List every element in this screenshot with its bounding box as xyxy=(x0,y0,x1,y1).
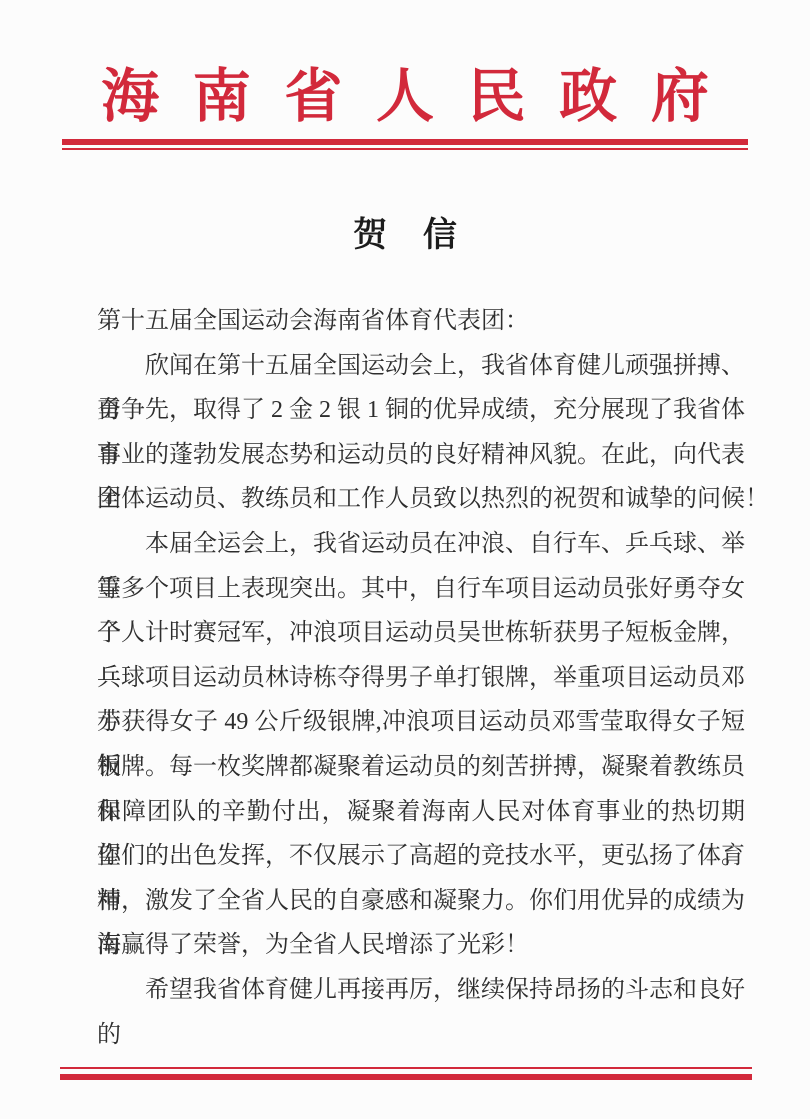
body-line: 保障团队的辛勤付出，凝聚着海南人民对体育事业的热切期望。 xyxy=(97,790,745,835)
letter-body: 第十五届全国运动会海南省体育代表团：欣闻在第十五届全国运动会上，我省体育健儿顽强… xyxy=(97,299,745,1013)
body-line: 第十五届全国运动会海南省体育代表团： xyxy=(97,299,745,344)
body-line: 南赢得了荣誉，为全省人民增添了光彩！ xyxy=(97,923,745,968)
body-line: 本届全运会上，我省运动员在冲浪、自行车、乒乓球、举重 xyxy=(97,522,745,567)
letter-title: 贺信 xyxy=(0,217,810,255)
body-line: 全体运动员、教练员和工作人员致以热烈的祝贺和诚挚的问候！ xyxy=(97,477,745,522)
body-line: 欣闻在第十五届全国运动会上，我省体育健儿顽强拼搏、奋 xyxy=(97,344,745,389)
letterhead-org-name: 海南省人民政府 xyxy=(0,64,810,130)
footer-divider xyxy=(60,1067,752,1080)
body-line: 神，激发了全省人民的自豪感和凝聚力。你们用优异的成绩为海 xyxy=(97,879,745,924)
body-line: 等多个项目上表现突出。其中，自行车项目运动员张好勇夺女子 xyxy=(97,567,745,612)
body-line: 你们的出色发挥，不仅展示了高超的竞技水平，更弘扬了体育精 xyxy=(97,834,745,879)
body-line: 个人计时赛冠军，冲浪项目运动员吴世栋斩获男子短板金牌，乒 xyxy=(97,611,745,656)
body-line: 乓球项目运动员林诗栋夺得男子单打银牌，举重项目运动员邓小 xyxy=(97,656,745,701)
letter-page: 海南省人民政府 贺信 第十五届全国运动会海南省体育代表团：欣闻在第十五届全国运动… xyxy=(0,0,810,1119)
body-line: 希望我省体育健儿再接再厉，继续保持昂扬的斗志和良好的 xyxy=(97,968,745,1013)
body-line: 芳获得女子 49 公斤级银牌,冲浪项目运动员邓雪莹取得女子短板 xyxy=(97,700,745,745)
body-line: 事业的蓬勃发展态势和运动员的良好精神风貌。在此，向代表团 xyxy=(97,433,745,478)
letterhead-divider xyxy=(62,139,748,150)
body-line: 铜牌。每一枚奖牌都凝聚着运动员的刻苦拼搏，凝聚着教练员和 xyxy=(97,745,745,790)
body-line: 勇争先，取得了 2 金 2 银 1 铜的优异成绩，充分展现了我省体育 xyxy=(97,388,745,433)
